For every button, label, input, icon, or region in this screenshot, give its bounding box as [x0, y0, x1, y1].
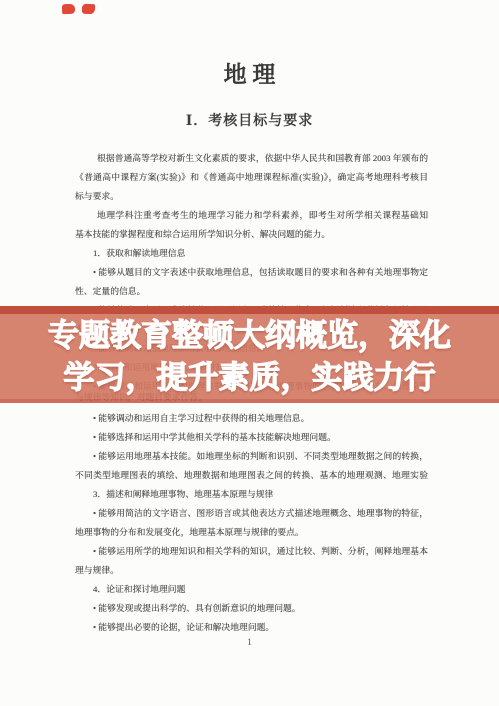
red-stamp-icon: [62, 4, 75, 14]
overlay-banner: 专题教育整顿大纲概览，深化 学习，提升素质，实践力行: [0, 306, 499, 403]
doc-line: 标与要求。: [75, 187, 428, 206]
doc-line: 根据普通高等学校对新生文化素质的要求，依据中华人民共和国教育部 2003 年颁布…: [75, 149, 428, 168]
doc-line: 地理事物的分布和发展变化，地理基本原理与规律的要点。: [75, 523, 428, 542]
doc-line: • 能够运用所学的地理知识和相关学科的知识，通过比较、判断、分析，阐释地理基本原: [75, 542, 428, 561]
doc-line: • 能够发现或提出科学的、具有创新意识的地理问题。: [75, 599, 428, 618]
doc-line: 地理学科注重考查考生的地理学习能力和学科素养，即考生对所学相关课程基础知识、: [75, 206, 428, 225]
section-heading: Ⅰ．考核目标与要求: [0, 110, 499, 130]
doc-line: 基本技能的掌握程度和综合运用所学知识分析、解决问题的能力。: [75, 225, 428, 244]
doc-line: 理与规律。: [75, 561, 428, 580]
doc-line: 《普通高中课程方案(实验)》和《普通高中地理课程标准(实验)》，确定高考地理科考…: [75, 168, 428, 187]
banner-bottom-border: [0, 399, 499, 403]
doc-line: • 能够用简洁的文字语言、图形语言或其他表达方式描述地理概念、地理事物的特征，: [75, 504, 428, 523]
doc-line: 性、定量的信息。: [75, 282, 428, 301]
document-page: 地 理 Ⅰ．考核目标与要求 根据普通高等学校对新生文化素质的要求，依据中华人民共…: [0, 0, 499, 706]
page-title: 地 理: [0, 56, 499, 89]
doc-line: • 能够调动和运用自主学习过程中获得的相关地理信息。: [75, 409, 428, 428]
doc-line: 1．获取和解读地理信息: [75, 244, 428, 263]
banner-body: 专题教育整顿大纲概览，深化 学习，提升素质，实践力行: [0, 314, 499, 399]
banner-text-line1: 专题教育整顿大纲概览，深化: [48, 315, 451, 357]
doc-line: • 能够运用地理基本技能。如地理坐标的判断和识别、不同类型地理数据之间的转换，: [75, 447, 428, 466]
doc-line: • 能够提出必要的论据，论证和解决地理问题。: [75, 618, 428, 637]
doc-line: • 能够从题目的文字表述中获取地理信息，包括读取题目的要求和各种有关地理事物定: [75, 263, 428, 282]
page-number: 1: [0, 638, 499, 648]
red-stamp-icon: [82, 4, 95, 14]
doc-line: 不同类型地理图表的填绘、地理数据和地理图表之间的转换、基本的地理观测、地理实验等…: [75, 466, 428, 485]
red-watermark-marks: [62, 4, 95, 14]
doc-line: 4．论证和探讨地理问题: [75, 580, 428, 599]
banner-top-border: [0, 306, 499, 314]
doc-line: • 能够选择和运用中学其他相关学科的基本技能解决地理问题。: [75, 428, 428, 447]
doc-line: 3．描述和阐释地理事物、地理基本原理与规律: [75, 485, 428, 504]
banner-text-line2: 学习，提升素质，实践力行: [64, 357, 436, 399]
